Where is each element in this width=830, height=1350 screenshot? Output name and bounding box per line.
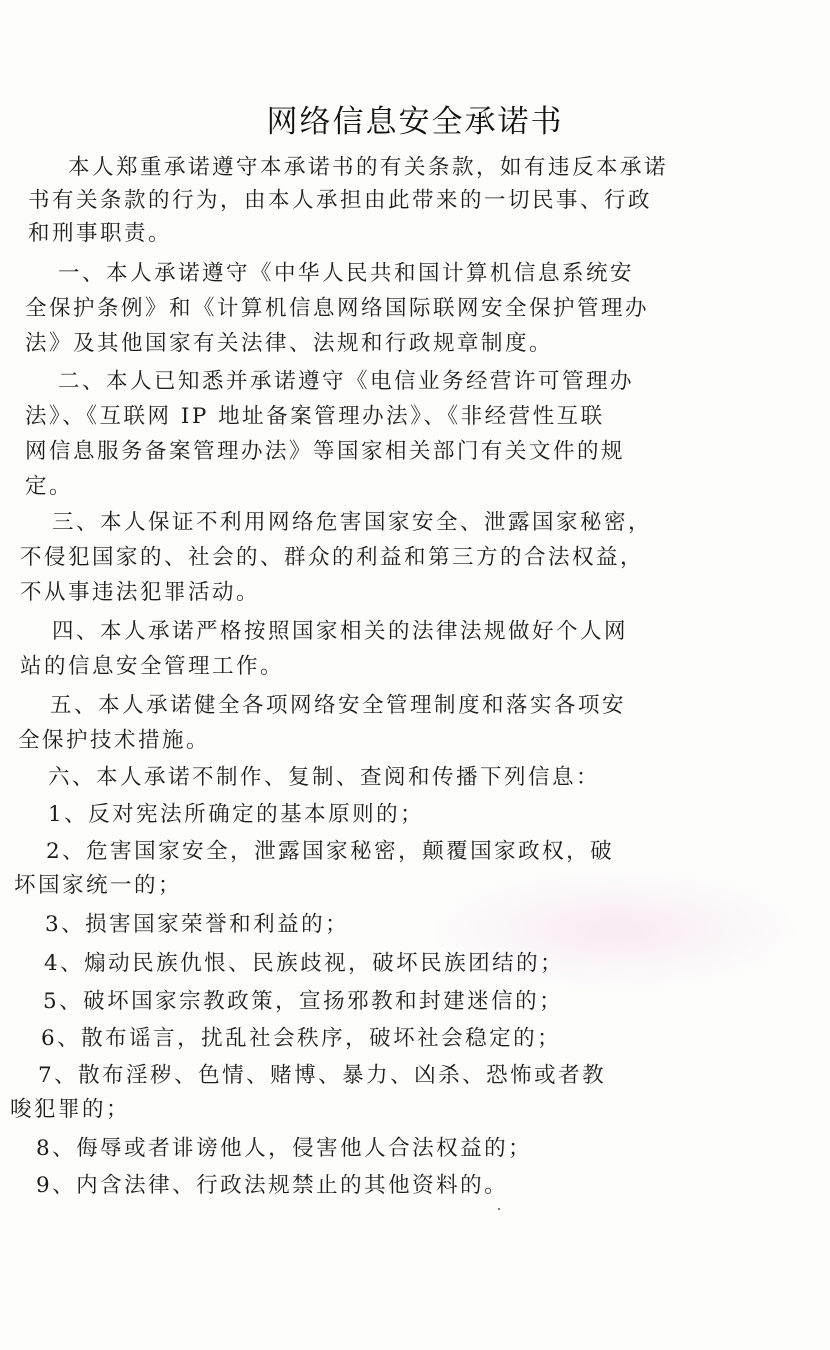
text-line: 4、煽动民族仇恨、民族歧视，破坏民族团结的； <box>44 946 564 977</box>
text-line: 全保护条例》和《计算机信息网络国际联网安全保护管理办 <box>25 291 649 322</box>
text-line: 二、本人已知悉并承诺遵守《电信业务经营许可管理办 <box>58 364 634 395</box>
text-line: 书有关条款的行为，由本人承担由此带来的一切民事、行政 <box>28 183 652 214</box>
text-line: 定。 <box>25 469 73 500</box>
text-line: 站的信息安全管理工作。 <box>20 649 284 680</box>
text-line: 坏国家统一的； <box>14 868 182 899</box>
text-line: 8、侮辱或者诽谤他人，侵害他人合法权益的； <box>36 1131 532 1162</box>
text-line: 网信息服务备案管理办法》等国家相关部门有关文件的规 <box>25 434 625 465</box>
text-line: 不从事违法犯罪活动。 <box>20 575 260 606</box>
document-page: 网络信息安全承诺书 本人郑重承诺遵守本承诺书的有关条款，如有违反本承诺书有关条款… <box>0 0 830 1350</box>
text-line: 9、内含法律、行政法规禁止的其他资料的。 <box>36 1168 508 1199</box>
text-line: 唆犯罪的； <box>10 1092 130 1123</box>
text-line: 法》及其他国家有关法律、法规和行政规章制度。 <box>25 326 553 357</box>
text-line: 三、本人保证不利用网络危害国家安全、泄露国家秘密， <box>52 505 652 536</box>
text-line: 全保护技术措施。 <box>18 723 210 754</box>
text-line: 2、危害国家安全，泄露国家秘密，颠覆国家政权，破 <box>46 834 614 865</box>
text-line: 五、本人承诺健全各项网络安全管理制度和落实各项安 <box>50 688 626 719</box>
text-line: 不侵犯国家的、社会的、群众的利益和第三方的合法权益， <box>20 540 644 571</box>
text-line: 和刑事职责。 <box>28 216 172 247</box>
text-line: 法》、《互联网 IP 地址备案管理办法》、《非经营性互联 <box>25 399 605 430</box>
text-line: 3、损害国家荣誉和利益的； <box>45 907 349 938</box>
document-title: 网络信息安全承诺书 <box>0 96 830 141</box>
text-line: 7、散布淫秽、色情、赌博、暴力、凶杀、恐怖或者教 <box>38 1058 606 1089</box>
text-line: 四、本人承诺严格按照国家相关的法律法规做好个人网 <box>52 614 628 645</box>
text-line: 一、本人承诺遵守《中华人民共和国计算机信息系统安 <box>58 256 634 287</box>
text-line: 六、本人承诺不制作、复制、查阅和传播下列信息： <box>48 760 600 791</box>
text-line: 6、散布谣言，扰乱社会秩序，破坏社会稳定的； <box>41 1021 561 1052</box>
ink-dot <box>498 1208 500 1210</box>
text-line: 5、破坏国家宗教政策，宣扬邪教和封建迷信的； <box>43 984 563 1015</box>
text-line: 本人郑重承诺遵守本承诺书的有关条款，如有违反本承诺 <box>68 150 668 181</box>
text-line: 1、反对宪法所确定的基本原则的； <box>48 797 424 828</box>
